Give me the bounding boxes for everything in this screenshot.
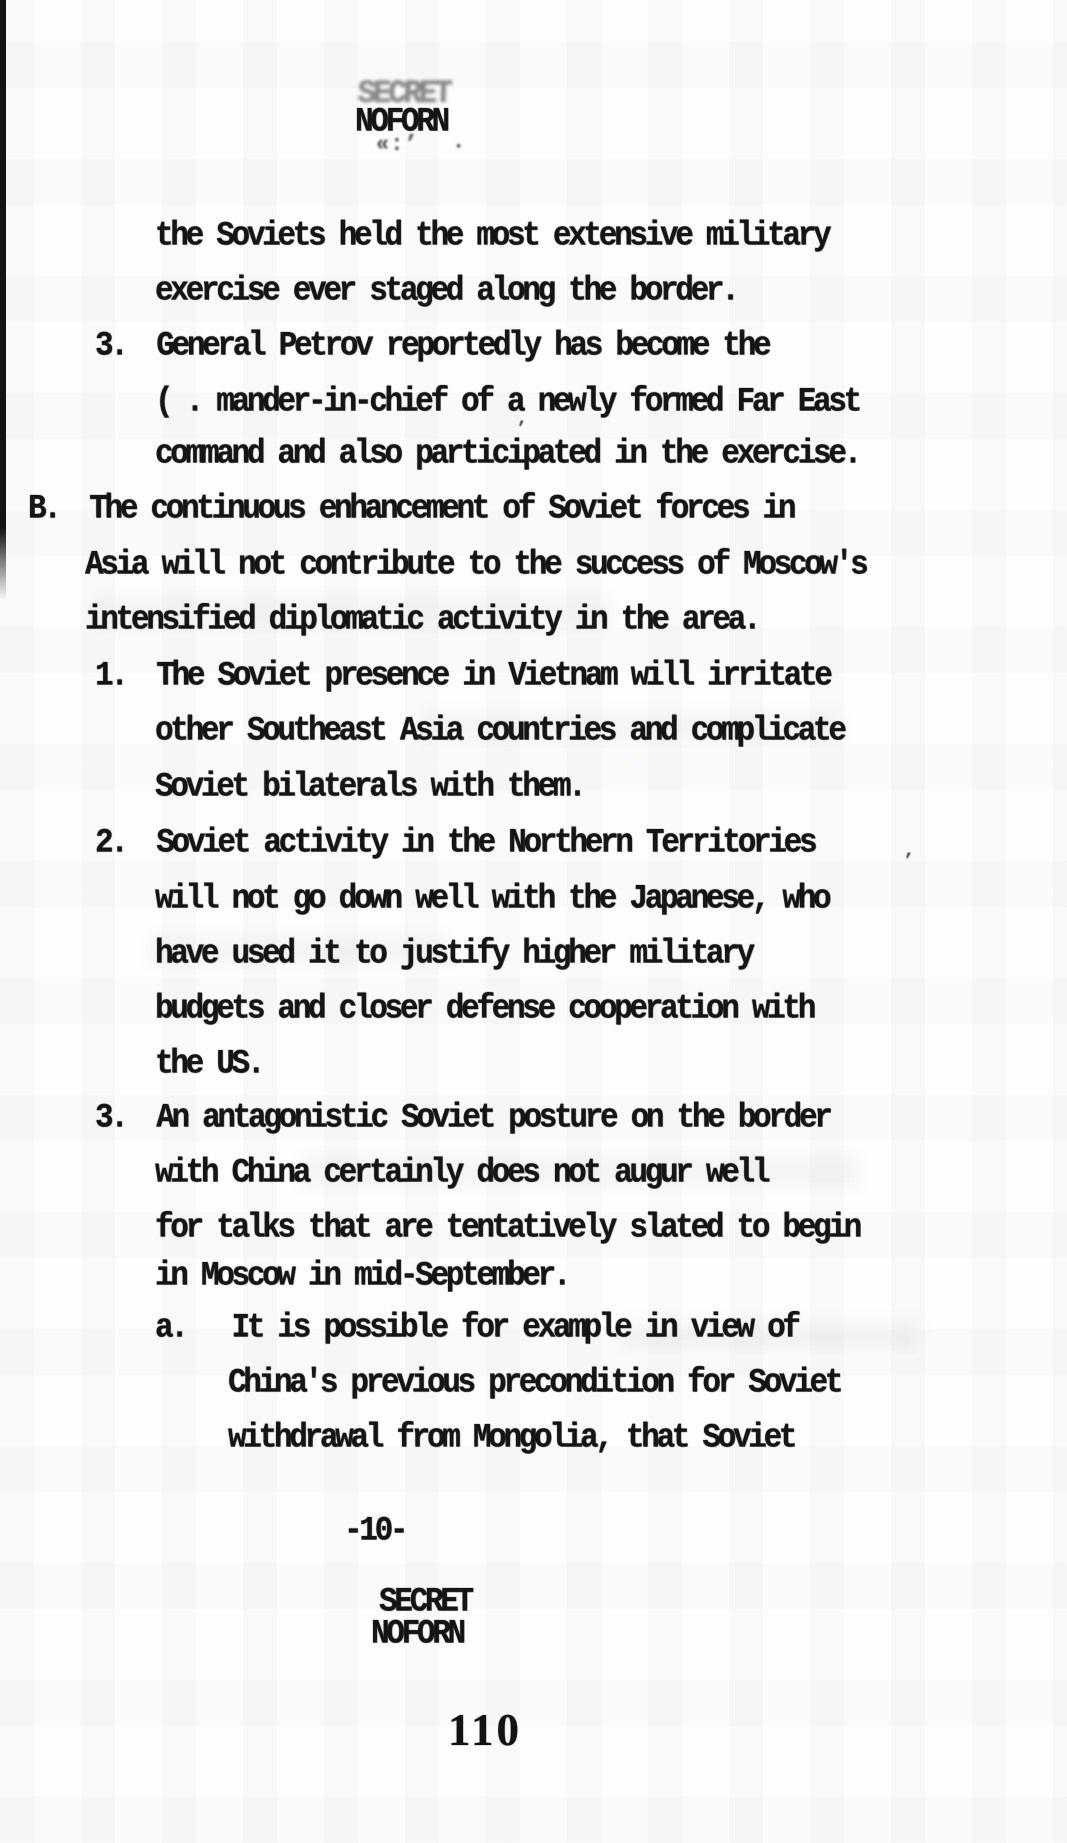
document-line: 2. Soviet activity in the Northern Terri… — [95, 826, 814, 860]
document-line: for talks that are tentatively slated to… — [155, 1211, 859, 1245]
ink-smudge: «:’ — [376, 132, 419, 157]
document-line: the US. — [155, 1047, 262, 1081]
document-line: ( . mander-in-chief of a newly formed Fa… — [155, 385, 859, 419]
scanned-document-page: SECRET NOFORN «:’ · the Soviets held the… — [0, 0, 1067, 1843]
document-line: with China certainly does not augur well — [155, 1156, 767, 1190]
document-line: other Southeast Asia countries and compl… — [155, 714, 844, 748]
ink-smudge-dot: · — [452, 134, 466, 159]
document-line: 3. General Petrov reportedly has become … — [95, 329, 768, 363]
document-line: Asia will not contribute to the success … — [85, 548, 865, 582]
document-line: B. The continuous enhancement of Soviet … — [28, 492, 793, 526]
document-line: 3. An antagonistic Soviet posture on the… — [95, 1101, 830, 1135]
document-line: budgets and closer defense cooperation w… — [155, 992, 813, 1026]
stray-apostrophe-mark: ’ — [516, 420, 527, 440]
page-stamp-number: 110 — [448, 1708, 522, 1753]
document-line: a. It is possible for example in view of — [155, 1311, 798, 1345]
document-line: will not go down well with the Japanese,… — [155, 882, 828, 916]
document-line: Soviet bilaterals with them. — [155, 770, 584, 804]
document-line: in Moscow in mid-September. — [155, 1259, 568, 1293]
document-line: exercise ever staged along the border. — [155, 274, 737, 308]
document-line: intensified diplomatic activity in the a… — [85, 603, 758, 637]
document-line: command and also participated in the exe… — [155, 437, 859, 471]
left-edge-scan-bar — [0, 0, 6, 600]
document-line: have used it to justify higher military — [155, 937, 752, 971]
page-number: -10- — [344, 1514, 405, 1548]
right-margin-tick-mark: ’ — [903, 852, 914, 872]
footer-classification-noforn: NOFORN — [371, 1617, 463, 1651]
document-line: China's previous precondition for Soviet — [228, 1366, 840, 1400]
document-line: withdrawal from Mongolia, that Soviet — [228, 1421, 794, 1455]
document-line: the Soviets held the most extensive mili… — [155, 219, 828, 253]
document-line: 1. The Soviet presence in Vietnam will i… — [95, 659, 830, 693]
